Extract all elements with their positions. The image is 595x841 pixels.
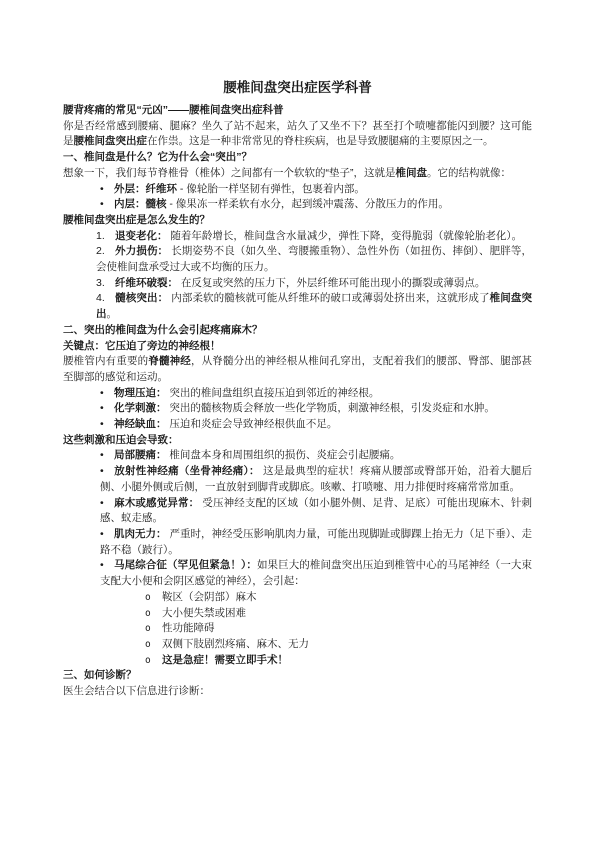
list-marker: • (100, 496, 114, 512)
list-marker: • (100, 197, 114, 213)
bullet-list-item: •放射性神经痛（坐骨神经痛）： 这是最典型的症状！疼痛从腰部或臀部开始，沿着大腿… (63, 464, 532, 495)
text-run: 腰椎间盘突出症 (74, 135, 148, 147)
text-run: 鞍区（会阴部）麻木 (162, 591, 257, 603)
paragraph: 关键点：它压迫了旁边的神经根！ (63, 339, 532, 355)
bullet-list-item: •外层：纤维环 - 像轮胎一样坚韧有弹性，包裹着内部。 (63, 182, 532, 198)
text-run: 纤维环破裂： (115, 277, 178, 289)
text-run: 这些刺激和压迫会导致： (63, 434, 179, 446)
text-run: 椎间盘是什么？它为什么会“突出”？ (84, 151, 252, 163)
section-heading: 二、突出的椎间盘为什么会引起疼痛麻木？ (63, 323, 532, 339)
list-marker: 一、 (63, 150, 84, 166)
text-run: 想象一下，我们每节脊椎骨（椎体）之间都有一个软软的“垫子”，这就是 (63, 167, 396, 179)
list-marker: o (145, 590, 162, 606)
text-run: 在作祟。这是一种非常常见的脊柱疾病，也是导致腰腿痛的主要原因之一。 (147, 135, 494, 147)
text-run: 随着年龄增长，椎间盘含水量减少，弹性下降，变得脆弱（就像轮胎老化）。 (168, 230, 523, 242)
text-run: 这是急症！需要立即手术！ (162, 654, 288, 666)
list-marker: 1. (96, 229, 115, 245)
text-run: 如何诊断？ (84, 669, 137, 681)
text-run: 肌肉无力： (114, 528, 167, 540)
text-run: 突出的髓核物质会释放一些化学物质，刺激神经根，引发炎症和水肿。 (167, 402, 495, 414)
paragraph: 腰椎间盘突出症是怎么发生的？ (63, 213, 532, 229)
text-run: 髓核突出： (115, 292, 168, 304)
list-marker: 3. (96, 276, 115, 292)
bullet-list-item: •内层：髓核 - 像果冻一样柔软有水分，起到缓冲震荡、分散压力的作用。 (63, 197, 532, 213)
text-run: 外力损伤： (115, 245, 168, 257)
list-marker: • (100, 558, 114, 574)
document-body: 腰背疼痛的常见“元凶”——腰椎间盘突出症科普你是否经常感到腰痛、腿麻？坐久了站不… (63, 103, 532, 700)
text-run: 腰背疼痛的常见“元凶”——腰椎间盘突出症科普 (63, 104, 284, 116)
text-run: 。 (107, 308, 118, 320)
bullet-list-item: •物理压迫： 突出的椎间盘组织直接压迫到邻近的神经根。 (63, 386, 532, 402)
text-run: 关键点：它压迫了旁边的神经根！ (63, 340, 221, 352)
list-marker: 三、 (63, 668, 84, 684)
text-run: 物理压迫： (114, 387, 167, 399)
numbered-list-item: 3.纤维环破裂： 在反复或突然的压力下，外层纤维环可能出现小的撕裂或薄弱点。 (63, 276, 532, 292)
list-marker: • (100, 401, 114, 417)
text-run: 突出的椎间盘组织直接压迫到邻近的神经根。 (167, 387, 380, 399)
text-run: 内部柔软的髓核就可能从纤维环的破口或薄弱处挤出来，这就形成了 (168, 292, 489, 304)
list-marker: • (100, 527, 114, 543)
text-run: 性功能障碍 (162, 622, 215, 634)
list-marker: o (145, 606, 162, 622)
list-marker: o (145, 637, 162, 653)
paragraph: 腰椎管内有重要的脊髓神经，从脊髓分出的神经根从椎间孔穿出，支配着我们的腰部、臀部… (63, 354, 532, 385)
text-run: - 像果冻一样柔软有水分，起到缓冲震荡、分散压力的作用。 (167, 198, 449, 210)
document-page: 腰椎间盘突出症医学科普 腰背疼痛的常见“元凶”——腰椎间盘突出症科普你是否经常感… (0, 0, 595, 841)
text-run: 大小便失禁或困难 (162, 607, 246, 619)
paragraph: 想象一下，我们每节脊椎骨（椎体）之间都有一个软软的“垫子”，这就是椎间盘。它的结… (63, 166, 532, 182)
paragraph: 腰背疼痛的常见“元凶”——腰椎间盘突出症科普 (63, 103, 532, 119)
numbered-list-item: 2.外力损伤： 长期姿势不良（如久坐、弯腰搬重物）、急性外伤（如扭伤、摔倒）、肥… (63, 244, 532, 275)
text-run: 马尾综合征（罕见但紧急！）： (114, 559, 257, 571)
text-run: - 像轮胎一样坚韧有弹性，包裹着内部。 (177, 183, 365, 195)
bullet-list-item: •肌肉无力： 严重时，神经受压影响肌肉力量，可能出现脚趾或脚踝上抬无力（足下垂）… (63, 527, 532, 558)
list-marker: 4. (96, 291, 115, 307)
paragraph: 你是否经常感到腰痛、腿麻？坐久了站不起来，站久了又坐不下？甚至打个喷嚏都能闪到腰… (63, 119, 532, 150)
text-run: 突出的椎间盘为什么会引起疼痛麻木？ (84, 324, 263, 336)
sub-bullet-list-item: o大小便失禁或困难 (63, 606, 532, 622)
sub-bullet-list-item: o鞍区（会阴部）麻木 (63, 590, 532, 606)
text-run: 。它的结构就像： (427, 167, 511, 179)
text-run: 医生会结合以下信息进行诊断： (63, 685, 210, 697)
bullet-list-item: •局部腰痛： 椎间盘本身和周围组织的损伤、炎症会引起腰痛。 (63, 448, 532, 464)
numbered-list-item: 1.退变老化： 随着年龄增长，椎间盘含水量减少，弹性下降，变得脆弱（就像轮胎老化… (63, 229, 532, 245)
bullet-list-item: •麻木或感觉异常： 受压神经支配的区域（如小腿外侧、足背、足底）可能出现麻木、针… (63, 496, 532, 527)
text-run: 双侧下肢剧烈疼痛、麻木、无力 (162, 638, 309, 650)
bullet-list-item: •化学刺激： 突出的髓核物质会释放一些化学物质，刺激神经根，引发炎症和水肿。 (63, 401, 532, 417)
text-run: 退变老化： (115, 230, 168, 242)
text-run: 腰椎间盘突出症是怎么发生的？ (63, 214, 210, 226)
list-marker: • (100, 448, 114, 464)
text-run: 放射性神经痛（坐骨神经痛）： (114, 465, 260, 477)
text-run: 椎间盘本身和周围组织的损伤、炎症会引起腰痛。 (167, 449, 401, 461)
list-marker: • (100, 417, 114, 433)
text-run: 脊髓神经 (148, 355, 191, 367)
sub-bullet-list-item: o这是急症！需要立即手术！ (63, 653, 532, 669)
numbered-list-item: 4.髓核突出： 内部柔软的髓核就可能从纤维环的破口或薄弱处挤出来，这就形成了椎间… (63, 291, 532, 322)
text-run: 内层：髓核 (114, 198, 167, 210)
text-run: 外层：纤维环 (114, 183, 177, 195)
sub-bullet-list-item: o双侧下肢剧烈疼痛、麻木、无力 (63, 637, 532, 653)
document-title: 腰椎间盘突出症医学科普 (63, 78, 532, 98)
bullet-list-item: •马尾综合征（罕见但紧急！）：如果巨大的椎间盘突出压迫到椎管中心的马尾神经（一大… (63, 558, 532, 589)
text-run: 局部腰痛： (114, 449, 167, 461)
list-marker: • (100, 386, 114, 402)
list-marker: 2. (96, 244, 115, 260)
text-run: 神经缺血： (114, 418, 167, 430)
text-run: 腰椎管内有重要的 (63, 355, 148, 367)
list-marker: • (100, 464, 114, 480)
text-run: 麻木或感觉异常： (114, 497, 199, 509)
list-marker: o (145, 621, 162, 637)
section-heading: 一、椎间盘是什么？它为什么会“突出”？ (63, 150, 532, 166)
paragraph: 这些刺激和压迫会导致： (63, 433, 532, 449)
text-run: 化学刺激： (114, 402, 167, 414)
text-run: 在反复或突然的压力下，外层纤维环可能出现小的撕裂或薄弱点。 (178, 277, 485, 289)
list-marker: 二、 (63, 323, 84, 339)
text-run: 压迫和炎症会导致神经根供血不足。 (167, 418, 338, 430)
text-run: 椎间盘 (396, 167, 428, 179)
sub-bullet-list-item: o性功能障碍 (63, 621, 532, 637)
list-marker: • (100, 182, 114, 198)
bullet-list-item: •神经缺血： 压迫和炎症会导致神经根供血不足。 (63, 417, 532, 433)
list-marker: o (145, 653, 162, 669)
paragraph: 医生会结合以下信息进行诊断： (63, 684, 532, 700)
section-heading: 三、如何诊断？ (63, 668, 532, 684)
